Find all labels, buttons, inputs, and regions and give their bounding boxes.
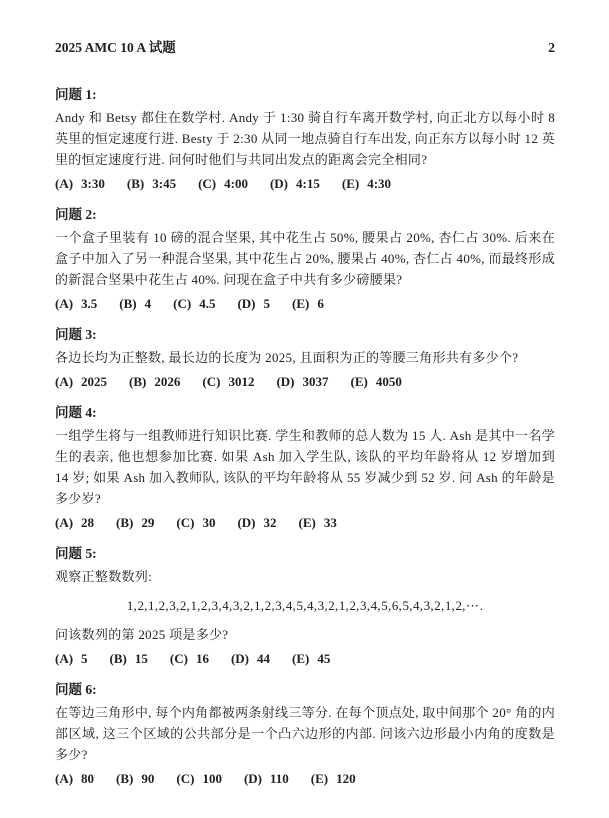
problem-2-body: 一个盒子里装有 10 磅的混合坚果, 其中花生占 50%, 腰果占 20%, 杏…: [55, 227, 555, 290]
choice-key: (B): [116, 515, 133, 530]
choice-c: (C)100: [176, 768, 222, 789]
problem-5-label: 问题 5:: [55, 543, 555, 564]
choice-key: (D): [270, 176, 288, 191]
choice-key: (D): [244, 771, 262, 786]
choice-d: (D)4:15: [270, 173, 320, 194]
choice-value: 3037: [302, 374, 328, 389]
problem-1-label: 问题 1:: [55, 84, 555, 105]
problem-1: 问题 1: Andy 和 Betsy 都住在数学村. Andy 于 1:30 骑…: [55, 84, 555, 194]
choice-key: (D): [237, 515, 255, 530]
problem-4-body: 一组学生将与一组教师进行知识比赛. 学生和教师的总人数为 15 人. Ash 是…: [55, 425, 555, 509]
choice-key: (B): [129, 374, 146, 389]
choice-value: 15: [135, 651, 148, 666]
choice-a: (A)3.5: [55, 293, 97, 314]
choice-value: 2025: [81, 374, 107, 389]
choice-key: (E): [292, 651, 309, 666]
choice-key: (A): [55, 374, 73, 389]
problem-5-question: 问该数列的第 2025 项是多少?: [55, 624, 555, 645]
choice-b: (B)2026: [129, 371, 180, 392]
choice-value: 44: [257, 651, 270, 666]
choice-value: 4:00: [224, 176, 248, 191]
problem-2-choices: (A)3.5 (B)4 (C)4.5 (D)5 (E)6: [55, 293, 555, 314]
choice-c: (C)4.5: [173, 293, 215, 314]
choice-e: (E)4050: [350, 371, 401, 392]
problem-5-body: 观察正整数数列:: [55, 566, 555, 587]
choice-a: (A)2025: [55, 371, 107, 392]
choice-value: 5: [263, 296, 270, 311]
choice-value: 80: [81, 771, 94, 786]
choice-key: (B): [116, 771, 133, 786]
choice-key: (E): [292, 296, 309, 311]
page-header: 2025 AMC 10 A 试题 2: [55, 36, 555, 56]
choice-value: 4:30: [367, 176, 391, 191]
choice-b: (B)90: [116, 768, 154, 789]
problem-5-choices: (A)5 (B)15 (C)16 (D)44 (E)45: [55, 648, 555, 669]
choice-c: (C)4:00: [198, 173, 248, 194]
problem-2-label: 问题 2:: [55, 204, 555, 225]
choice-value: 45: [317, 651, 330, 666]
choice-b: (B)3:45: [127, 173, 176, 194]
choice-key: (A): [55, 515, 73, 530]
choice-a: (A)5: [55, 648, 88, 669]
problem-2: 问题 2: 一个盒子里装有 10 磅的混合坚果, 其中花生占 50%, 腰果占 …: [55, 204, 555, 314]
choice-value: 90: [141, 771, 154, 786]
choice-key: (C): [173, 296, 191, 311]
choice-value: 4050: [376, 374, 402, 389]
choice-value: 3:45: [152, 176, 176, 191]
choice-key: (C): [170, 651, 188, 666]
problem-6-choices: (A)80 (B)90 (C)100 (D)110 (E)120: [55, 768, 555, 789]
choice-a: (A)28: [55, 512, 94, 533]
choice-value: 120: [336, 771, 356, 786]
choice-value: 33: [324, 515, 337, 530]
choice-value: 4.5: [199, 296, 215, 311]
choice-value: 5: [81, 651, 88, 666]
choice-value: 3012: [228, 374, 254, 389]
problem-4-label: 问题 4:: [55, 402, 555, 423]
problem-1-choices: (A)3:30 (B)3:45 (C)4:00 (D)4:15 (E)4:30: [55, 173, 555, 194]
choice-key: (A): [55, 176, 73, 191]
choice-a: (A)3:30: [55, 173, 105, 194]
problem-5-sequence: 1, 2, 1, 2, 3, 2, 1, 2, 3, 4, 3, 2, 1, 2…: [55, 595, 555, 616]
choice-value: 100: [202, 771, 222, 786]
choice-key: (E): [342, 176, 359, 191]
choice-e: (E)120: [311, 768, 356, 789]
problem-5: 问题 5: 观察正整数数列: 1, 2, 1, 2, 3, 2, 1, 2, 3…: [55, 543, 555, 669]
problem-3-label: 问题 3:: [55, 324, 555, 345]
choice-value: 32: [263, 515, 276, 530]
choice-c: (C)30: [176, 512, 215, 533]
problem-1-body: Andy 和 Betsy 都住在数学村. Andy 于 1:30 骑自行车离开数…: [55, 107, 555, 170]
choice-key: (B): [110, 651, 127, 666]
choice-value: 4:15: [296, 176, 320, 191]
document-title: 2025 AMC 10 A 试题: [55, 36, 176, 56]
choice-value: 4: [145, 296, 152, 311]
problem-3: 问题 3: 各边长均为正整数, 最长边的长度为 2025, 且面积为正的等腰三角…: [55, 324, 555, 392]
choice-key: (D): [237, 296, 255, 311]
choice-key: (E): [350, 374, 367, 389]
choice-e: (E)45: [292, 648, 330, 669]
page-number: 2: [548, 40, 555, 56]
choice-a: (A)80: [55, 768, 94, 789]
choice-value: 6: [317, 296, 324, 311]
choice-value: 30: [202, 515, 215, 530]
choice-key: (A): [55, 651, 73, 666]
choice-value: 110: [270, 771, 289, 786]
choice-e: (E)6: [292, 293, 324, 314]
choice-c: (C)3012: [202, 371, 254, 392]
choice-d: (D)5: [237, 293, 270, 314]
problem-3-body: 各边长均为正整数, 最长边的长度为 2025, 且面积为正的等腰三角形共有多少个…: [55, 347, 555, 368]
choice-key: (A): [55, 771, 73, 786]
choice-key: (C): [202, 374, 220, 389]
choice-e: (E)33: [298, 512, 336, 533]
choice-key: (C): [176, 515, 194, 530]
choice-key: (E): [311, 771, 328, 786]
choice-key: (D): [231, 651, 249, 666]
choice-d: (D)3037: [276, 371, 328, 392]
choice-e: (E)4:30: [342, 173, 391, 194]
document-page: 2025 AMC 10 A 试题 2 问题 1: Andy 和 Betsy 都住…: [0, 0, 609, 818]
choice-key: (B): [119, 296, 136, 311]
choice-value: 3:30: [81, 176, 105, 191]
problem-6: 问题 6: 在等边三角形中, 每个内角都被两条射线三等分. 在每个顶点处, 取中…: [55, 679, 555, 789]
choice-key: (D): [276, 374, 294, 389]
choice-d: (D)44: [231, 648, 270, 669]
choice-key: (C): [176, 771, 194, 786]
choice-value: 16: [196, 651, 209, 666]
choice-value: 2026: [154, 374, 180, 389]
choice-value: 29: [141, 515, 154, 530]
choice-d: (D)32: [237, 512, 276, 533]
choice-b: (B)15: [110, 648, 148, 669]
problem-3-choices: (A)2025 (B)2026 (C)3012 (D)3037 (E)4050: [55, 371, 555, 392]
choice-key: (B): [127, 176, 144, 191]
problem-4-choices: (A)28 (B)29 (C)30 (D)32 (E)33: [55, 512, 555, 533]
choice-d: (D)110: [244, 768, 289, 789]
choice-value: 3.5: [81, 296, 97, 311]
choice-key: (E): [298, 515, 315, 530]
choice-c: (C)16: [170, 648, 209, 669]
choice-value: 28: [81, 515, 94, 530]
problem-6-body: 在等边三角形中, 每个内角都被两条射线三等分. 在每个顶点处, 取中间那个 20…: [55, 702, 555, 765]
choice-b: (B)4: [119, 293, 151, 314]
problem-6-label: 问题 6:: [55, 679, 555, 700]
choice-key: (C): [198, 176, 216, 191]
choice-b: (B)29: [116, 512, 154, 533]
problem-4: 问题 4: 一组学生将与一组教师进行知识比赛. 学生和教师的总人数为 15 人.…: [55, 402, 555, 533]
choice-key: (A): [55, 296, 73, 311]
